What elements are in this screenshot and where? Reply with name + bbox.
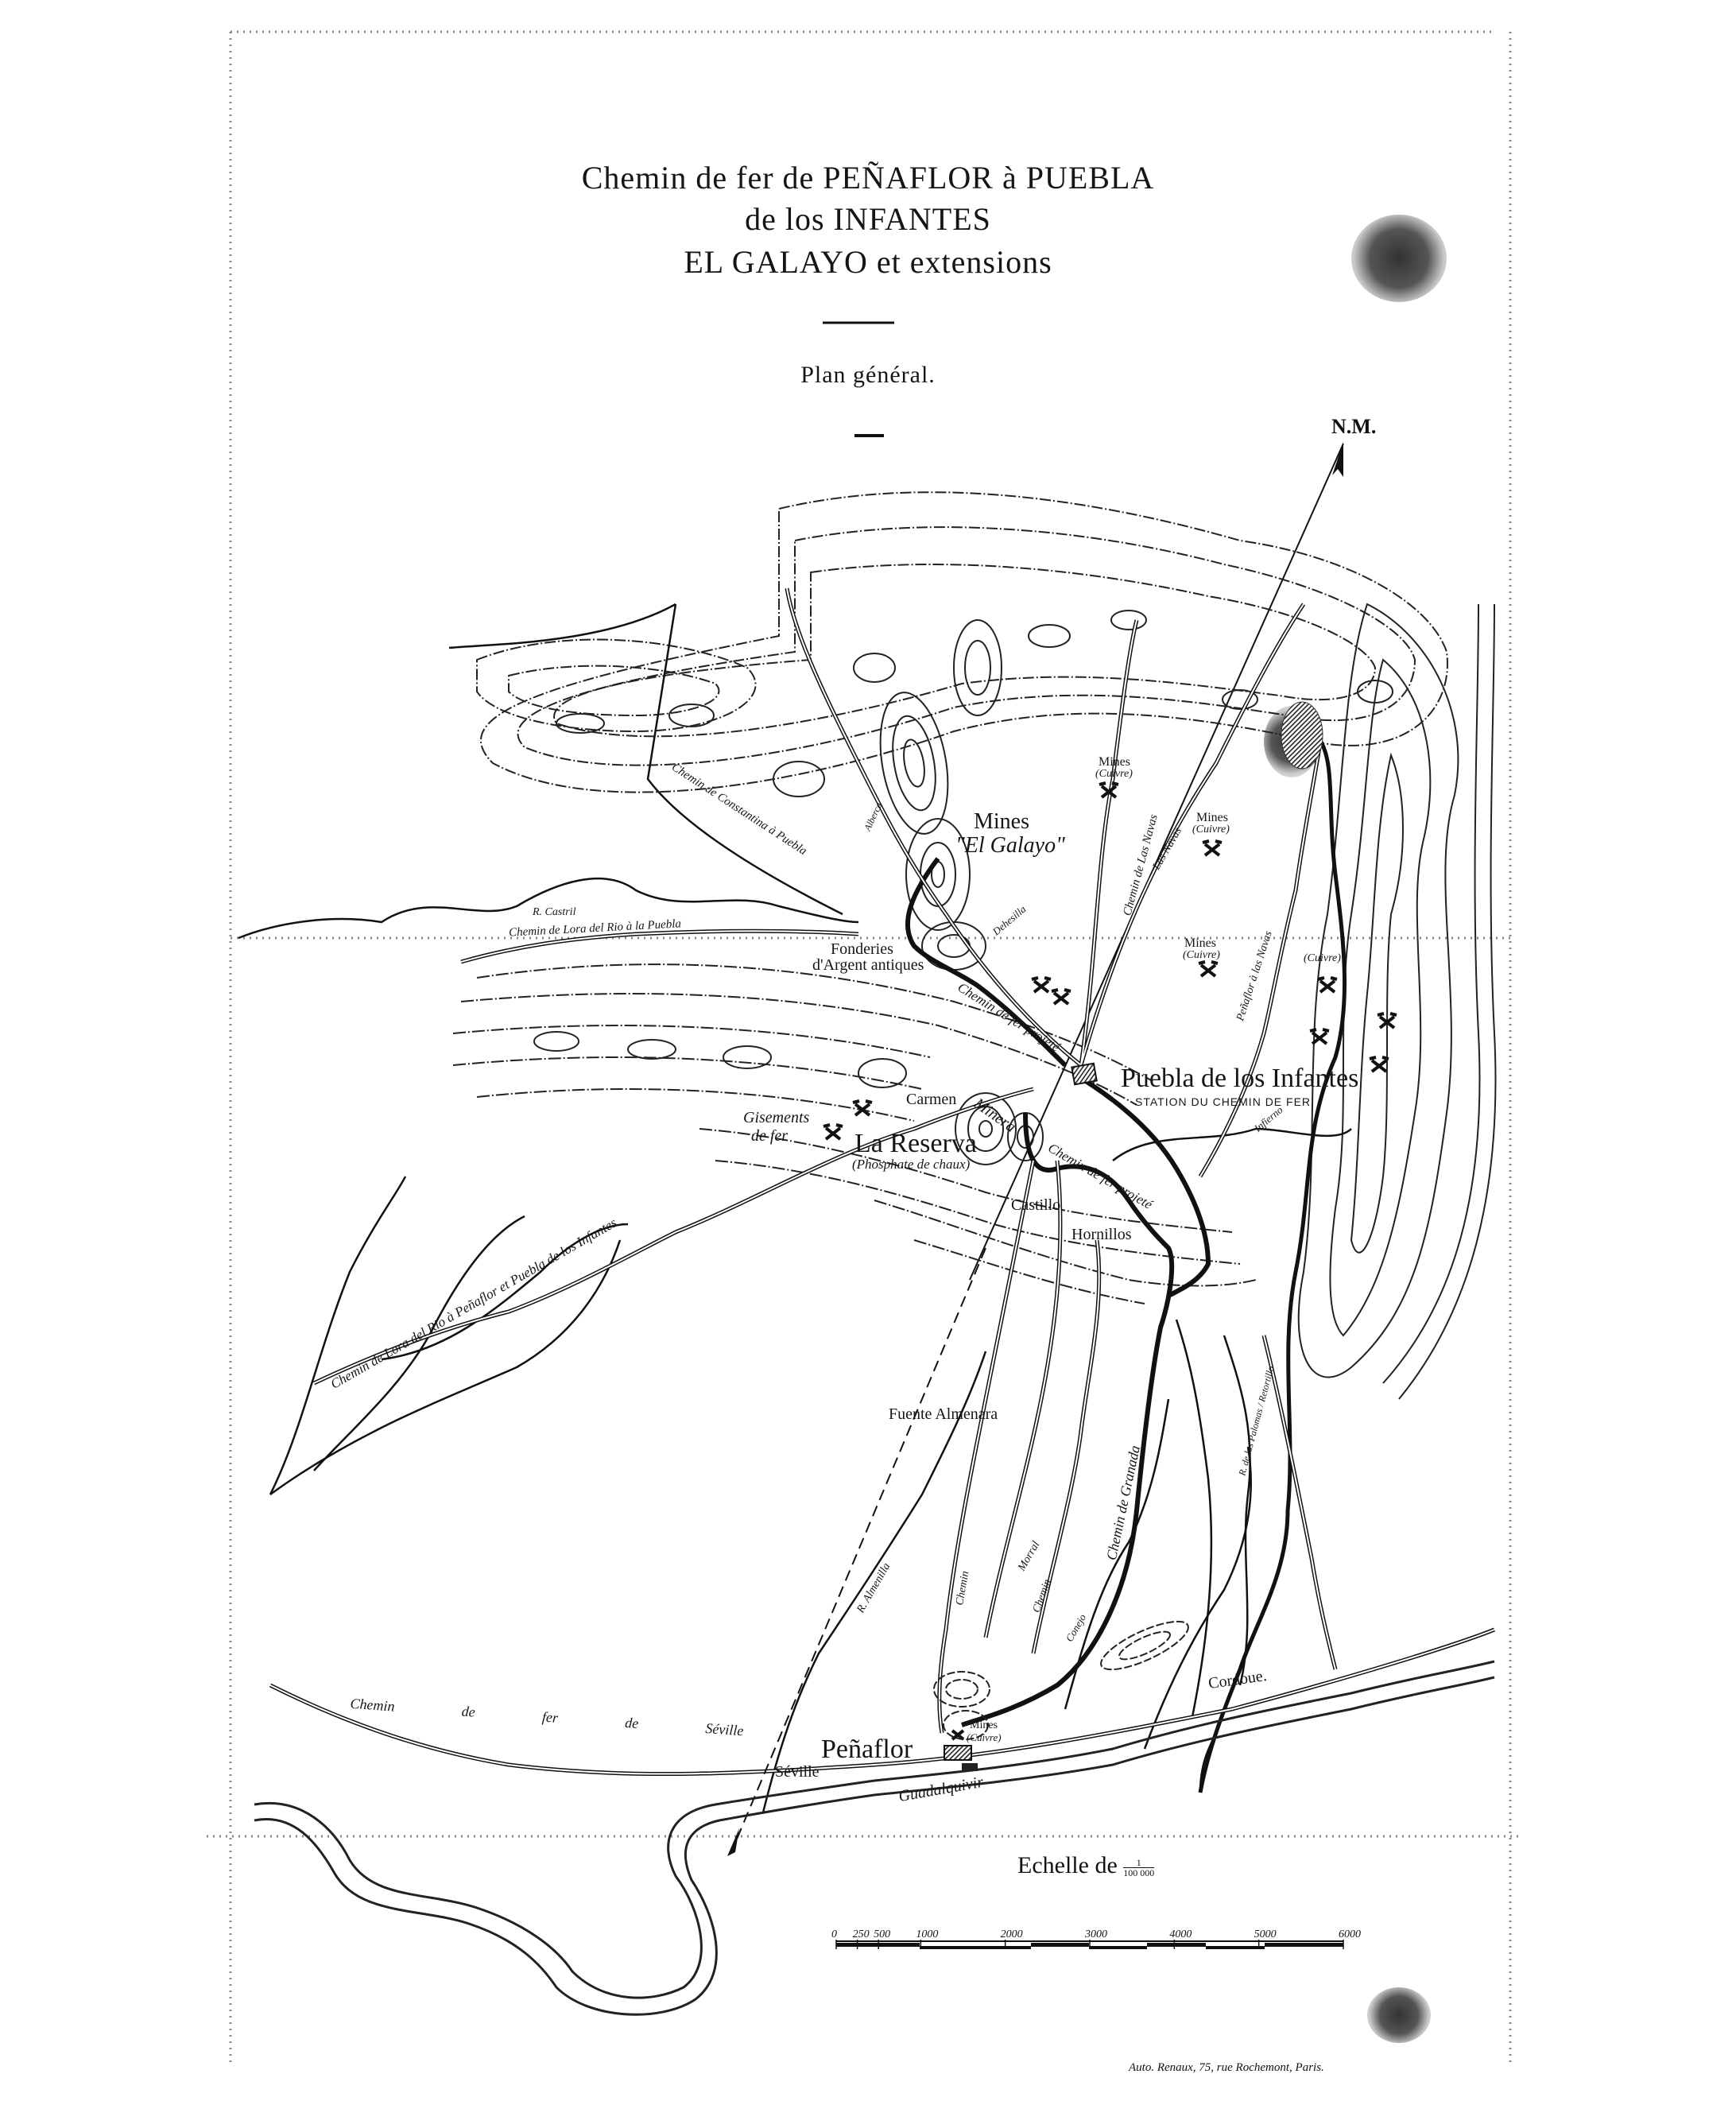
label-seville: Séville [775, 1763, 820, 1781]
label-argent: d'Argent antiques [812, 956, 924, 975]
svg-text:2000: 2000 [1001, 1929, 1023, 1940]
label-castril: R. Castril [533, 906, 575, 919]
penaflor-town [944, 1746, 971, 1760]
label-gisements: Gisements [743, 1109, 809, 1127]
label-la-reserva: La Reserva [854, 1129, 977, 1159]
map-drawing: N.M. [0, 0, 1736, 2101]
svg-text:N.M.: N.M. [1331, 415, 1376, 438]
label-mines-galayo: Mines [974, 809, 1029, 835]
scale-denominator: 100 000 [1123, 1868, 1154, 1878]
label-de-fer: de fer [751, 1127, 788, 1145]
svg-text:0: 0 [831, 1929, 837, 1940]
label-mines-1-sub: (Cuivre) [1095, 768, 1133, 781]
label-puebla: Puebla de los Infantes [1121, 1064, 1358, 1094]
eastern-ridge-contours [1299, 604, 1496, 1399]
label-fuente-almenara: Fuente Almenara [889, 1405, 998, 1424]
scale-text: Echelle de [1017, 1852, 1118, 1878]
label-el-galayo: "El Galayo" [955, 833, 1065, 859]
map-sheet: Chemin de fer de PEÑAFLOR à PUEBLA de lo… [0, 0, 1736, 2101]
scale-numerator: 1 [1123, 1858, 1154, 1868]
label-mines-4-sub: (Cuivre) [1304, 952, 1341, 965]
streams [238, 604, 1351, 1812]
label-mines-5: Mines [970, 1719, 998, 1732]
label-carmen: Carmen [906, 1091, 956, 1109]
svg-text:5000: 5000 [1254, 1929, 1277, 1940]
label-mines-5-sub: (Cuivre) [967, 1731, 1002, 1744]
svg-text:6000: 6000 [1339, 1929, 1361, 1940]
label-penaflor: Peñaflor [821, 1735, 913, 1765]
scale-label: Echelle de 1 100 000 [1017, 1852, 1154, 1879]
svg-text:4000: 4000 [1169, 1929, 1192, 1940]
label-phosphate: (Phosphate de chaux) [852, 1157, 970, 1173]
svg-text:1000: 1000 [916, 1929, 938, 1940]
printer-credit: Auto. Renaux, 75, rue Rochemont, Paris. [1129, 2061, 1324, 2075]
svg-text:250: 250 [853, 1929, 870, 1940]
svg-text:500: 500 [874, 1929, 890, 1940]
galayo-dark-hill [1281, 702, 1323, 769]
svg-text:3000: 3000 [1084, 1929, 1107, 1940]
label-castillo: Castillo [1011, 1196, 1060, 1215]
label-hornillos: Hornillos [1071, 1226, 1132, 1244]
label-mines-2-sub: (Cuivre) [1192, 824, 1230, 836]
puebla-town [1071, 1064, 1096, 1085]
label-mines-3-sub: (Cuivre) [1183, 949, 1220, 962]
heavy-stream [1200, 739, 1345, 1793]
label-station: STATION DU CHEMIN DE FER [1135, 1095, 1311, 1108]
